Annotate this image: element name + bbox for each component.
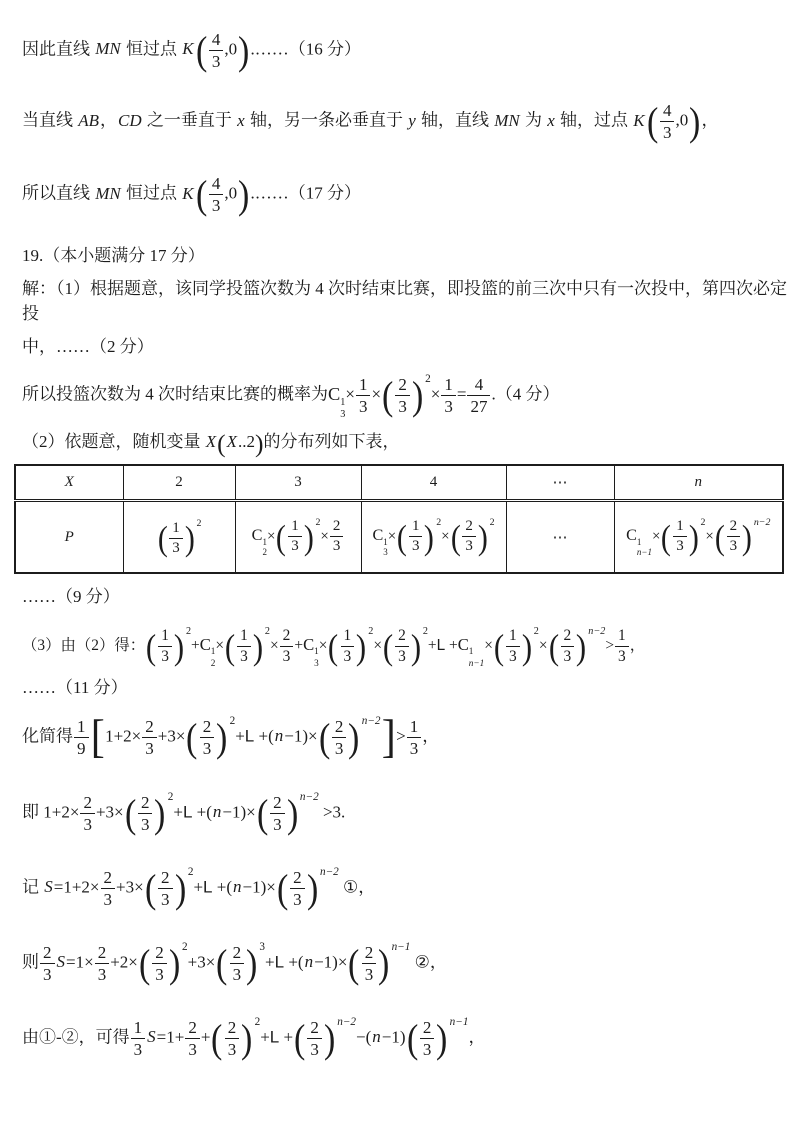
denominator: 3 <box>280 647 294 665</box>
math-text: × <box>388 528 396 544</box>
math-variable: X <box>205 432 217 451</box>
denominator: 3 <box>158 647 172 665</box>
paren-open-icon: ( <box>328 629 338 665</box>
denominator: 3 <box>332 738 347 758</box>
superscript: 2 <box>425 373 431 385</box>
numerator: 2 <box>185 1018 200 1039</box>
combination-symbol: C12 <box>252 526 267 558</box>
paren-open-icon: ( <box>348 944 359 984</box>
math-text: ,0 <box>224 184 237 203</box>
denominator: 3 <box>341 647 355 665</box>
math-variable: S <box>43 877 54 896</box>
math-text: 当直线 <box>22 111 77 130</box>
fraction: 13 <box>505 627 521 665</box>
numerator: 2 <box>200 717 215 738</box>
combination-letter: C <box>200 635 211 654</box>
denominator: 3 <box>362 964 377 984</box>
math-text: −1)× <box>284 726 317 745</box>
denominator: 3 <box>138 814 153 834</box>
table-cell-P: P <box>15 501 123 574</box>
numerator: 2 <box>280 627 294 646</box>
superscript: 2 <box>182 941 188 953</box>
paren-close-icon: ) <box>253 629 263 665</box>
math-text: 1+2× <box>105 726 141 745</box>
denominator: 3 <box>169 539 183 557</box>
numerator: 4 <box>209 30 224 51</box>
math-text: .……（17 分） <box>250 184 361 203</box>
math-text: × <box>320 528 328 544</box>
denominator: 3 <box>200 738 215 758</box>
fraction: 19 <box>73 717 90 758</box>
lower-index: 2 <box>211 658 216 669</box>
math-text: > <box>605 637 614 654</box>
numerator: 1 <box>356 375 371 396</box>
paren-open-icon: ( <box>383 629 393 665</box>
math-text: × <box>345 385 355 404</box>
math-text: =1+2× <box>54 877 100 896</box>
numerator: 2 <box>40 943 55 964</box>
math-variable: x <box>546 111 556 130</box>
denominator: 3 <box>80 814 95 834</box>
denominator: 3 <box>131 1039 146 1059</box>
upper-index: 1 <box>469 646 484 657</box>
math-variable: n <box>304 952 315 971</box>
math-text: 所以直线 <box>22 184 94 203</box>
paren-close-icon: ) <box>412 376 423 416</box>
conclusion-line-16pts: 因此直线 MN 恒过点 K(43,0).……（16 分） <box>22 16 788 85</box>
perpendicular-case-line: 当直线 AB，CD 之一垂直于 x 轴，另一条必垂直于 y 轴，直线 MN 为 … <box>22 87 788 156</box>
math-text: ， <box>422 726 439 745</box>
paren-close-icon: ) <box>356 629 366 665</box>
paren-close-icon: ) <box>411 629 421 665</box>
cdots-placeholder: L <box>275 952 284 971</box>
paren-open-icon: ( <box>715 520 725 555</box>
math-text: 即 1+2× <box>22 802 79 821</box>
paren-close-icon: ) <box>436 1019 447 1059</box>
math-text: ， <box>100 111 117 130</box>
fraction: 23 <box>560 627 576 665</box>
math-text: +3× <box>96 802 124 821</box>
combination-scripts: 1n−1 <box>637 537 652 559</box>
math-text: −1)× <box>314 952 347 971</box>
math-text: + <box>235 726 245 745</box>
numerator: 2 <box>362 943 377 964</box>
denominator: 3 <box>158 889 173 909</box>
part2-intro-line: （2）依题意，随机变量 X(X..2)的分布列如下表， <box>22 429 788 456</box>
math-text: =1+ <box>157 1027 185 1046</box>
math-text: ⋯ <box>553 530 568 546</box>
solution-part1-continued: 中，……（2 分） <box>22 334 788 360</box>
denominator: 3 <box>237 647 251 665</box>
numerator: 2 <box>225 1018 240 1039</box>
denominator: 3 <box>288 537 302 555</box>
lower-index: 3 <box>314 658 319 669</box>
fraction: 23 <box>157 868 174 909</box>
paren-open-icon: ( <box>319 718 330 758</box>
denominator: 3 <box>307 1039 322 1059</box>
math-variable: MN <box>94 39 122 58</box>
superscript: 2 <box>436 517 441 528</box>
math-text: 的分布列如下表， <box>264 432 400 451</box>
paren-close-icon: ) <box>154 794 165 834</box>
denominator: 3 <box>40 964 55 984</box>
paren-open-icon: ( <box>125 794 136 834</box>
conclusion-line-17pts: 所以直线 MN 恒过点 K(43,0).……（17 分） <box>22 160 788 229</box>
math-text: 4 <box>430 474 438 490</box>
math-text: +( <box>213 877 233 896</box>
cdots-placeholder: L <box>183 802 192 821</box>
numerator: 2 <box>158 868 173 889</box>
paren-close-icon: ) <box>378 944 389 984</box>
fraction: 43 <box>659 101 676 142</box>
table-cell-p4: C13×(13)2×(23)2 <box>361 501 506 574</box>
cdots-placeholder: L <box>270 1027 279 1046</box>
numerator: 1 <box>169 520 183 539</box>
math-text: ..2 <box>238 432 255 451</box>
paren-close-icon: ) <box>348 718 359 758</box>
paren-close-icon: ) <box>238 175 249 215</box>
score-11-line: ……（11 分） <box>22 675 788 701</box>
paren-close-icon: ) <box>576 629 586 665</box>
probability-formula-line: 所以投篮次数为 4 次时结束比赛的概率为C13×13×(23)2×13=427.… <box>22 359 788 429</box>
superscript: n−2 <box>588 626 605 637</box>
math-variable: AB <box>77 111 100 130</box>
math-text: ……（9 分） <box>22 587 120 606</box>
series-two-thirds-S-line: 则23S=1×23+2×(23)2+3×(23)3+L +(n−1)×(23)n… <box>22 927 788 998</box>
fraction: 13 <box>406 717 423 758</box>
math-text: −1)× <box>243 877 276 896</box>
math-text: （2）依题意，随机变量 <box>22 432 205 451</box>
superscript: n−2 <box>337 1016 356 1028</box>
fraction: 13 <box>340 627 356 665</box>
combination-letter: C <box>328 384 340 404</box>
numerator: 2 <box>307 1018 322 1039</box>
cdots-placeholder: L <box>245 726 254 745</box>
document-page: 因此直线 MN 恒过点 K(43,0).……（16 分） 当直线 AB，CD 之… <box>0 0 800 1140</box>
paren-open-icon: ( <box>294 1019 305 1059</box>
paren-open-icon: ( <box>157 521 167 556</box>
paren-close-icon: ) <box>287 794 298 834</box>
math-text: ,0 <box>675 111 688 130</box>
table-cell-p2: (13)2 <box>123 501 235 574</box>
denominator: 3 <box>142 738 157 758</box>
math-variable: S <box>56 952 67 971</box>
numerator: 2 <box>95 943 110 964</box>
math-text: 记 <box>22 877 43 896</box>
numerator: 1 <box>341 627 355 646</box>
paren-open-icon: ( <box>494 629 504 665</box>
denominator: 3 <box>673 537 687 555</box>
paren-close-icon: ) <box>478 520 488 555</box>
paren-close-icon: ) <box>175 869 186 909</box>
lower-index: n−1 <box>469 658 484 669</box>
fraction: 23 <box>79 793 96 834</box>
problem-19-header: 19.（本小题满分 17 分） <box>22 243 788 269</box>
series-subtraction-result-line: 由①-②，可得13S=1+23+(23)2+L +(23)n−2−(n−1)(2… <box>22 1002 788 1073</box>
math-text: +( <box>192 802 212 821</box>
denominator: 3 <box>95 964 110 984</box>
combination-symbol: C13 <box>328 384 345 422</box>
math-text: = <box>457 385 467 404</box>
bracket-close-icon: ] <box>381 714 395 761</box>
fraction: 23 <box>229 943 246 984</box>
fraction: 23 <box>394 375 411 416</box>
denominator: 3 <box>727 537 741 555</box>
numerator: 4 <box>467 375 490 396</box>
math-text: ⋯ <box>553 475 568 491</box>
math-text: >3. <box>319 802 346 821</box>
table-header-n: n <box>614 465 783 501</box>
series-S-definition-line: 记 S=1+2×23+3×(23)2+L +(n−1)×(23)n−2 ①， <box>22 852 788 923</box>
math-text: × <box>267 528 275 544</box>
math-text: 由①-②，可得 <box>22 1027 130 1046</box>
math-text: 2 <box>175 474 183 490</box>
numerator: 4 <box>660 101 675 122</box>
combination-symbol: C1n−1 <box>626 526 652 558</box>
lower-index: 2 <box>262 547 267 558</box>
paren-close-icon: ) <box>689 520 699 555</box>
combination-symbol: C13 <box>303 636 319 669</box>
math-variable: MN <box>493 111 521 130</box>
numerator: 2 <box>420 1018 435 1039</box>
fraction: 13 <box>130 1018 147 1059</box>
fraction: 13 <box>672 518 688 555</box>
math-text: =1× <box>66 952 94 971</box>
denominator: 3 <box>330 537 344 555</box>
math-variable: n <box>212 802 223 821</box>
fraction: 23 <box>199 717 216 758</box>
table-header-3: 3 <box>235 465 361 501</box>
math-text: + <box>445 637 458 654</box>
math-variable: P <box>64 529 75 545</box>
math-text: × <box>319 637 328 654</box>
math-text: + <box>265 952 275 971</box>
paren-close-icon: ) <box>246 944 257 984</box>
cdots-placeholder: L <box>203 877 212 896</box>
math-variable: CD <box>117 111 143 130</box>
part3-inequality-line: （3）由（2）得：(13)2+C12×(13)2×23+C13×(13)2×(2… <box>22 612 788 675</box>
denominator: 27 <box>467 396 490 416</box>
numerator: 2 <box>270 793 285 814</box>
math-text: 之一垂直于 <box>143 111 237 130</box>
numerator: 2 <box>152 943 167 964</box>
numerator: 1 <box>441 375 456 396</box>
superscript: 2 <box>368 626 373 637</box>
numerator: 2 <box>80 793 95 814</box>
fraction: 23 <box>151 943 168 984</box>
numerator: 2 <box>727 518 741 537</box>
superscript: n−2 <box>754 517 771 528</box>
paren-open-icon: ( <box>217 431 226 457</box>
paren-close-icon: ) <box>522 629 532 665</box>
fraction: 23 <box>331 717 348 758</box>
math-text: × <box>652 528 660 544</box>
math-text: × <box>705 528 713 544</box>
superscript: n−1 <box>392 941 411 953</box>
fraction: 23 <box>224 1018 241 1059</box>
math-variable: n <box>232 877 243 896</box>
paren-close-icon: ) <box>742 520 752 555</box>
fraction: 23 <box>269 793 286 834</box>
math-text: ， <box>630 637 645 654</box>
paren-close-icon: ) <box>689 102 700 142</box>
superscript: 2 <box>186 626 191 637</box>
math-text: 化简得 <box>22 726 73 745</box>
fraction: 23 <box>137 793 154 834</box>
math-text: +2× <box>110 952 138 971</box>
denominator: 3 <box>462 537 476 555</box>
math-text: .（4 分） <box>491 385 559 404</box>
math-text: 19.（本小题满分 17 分） <box>22 246 205 265</box>
numerator: 1 <box>409 518 423 537</box>
fraction: 13 <box>236 627 252 665</box>
paren-open-icon: ( <box>196 31 207 71</box>
fraction: 43 <box>208 174 225 215</box>
table-header-X: X <box>15 465 123 501</box>
fraction: 23 <box>39 943 56 984</box>
combination-symbol: C12 <box>200 636 216 669</box>
lower-index: n−1 <box>637 547 652 558</box>
math-text: + <box>279 1027 293 1046</box>
math-text: −1)× <box>222 802 255 821</box>
math-text: 3 <box>294 474 302 490</box>
table-cell-pn: C1n−1×(13)2×(23)n−2 <box>614 501 783 574</box>
math-text: +( <box>284 952 304 971</box>
paren-open-icon: ( <box>211 1019 222 1059</box>
denominator: 3 <box>101 889 116 909</box>
denominator: 3 <box>395 647 409 665</box>
math-text: + <box>191 637 200 654</box>
paren-close-icon: ) <box>307 869 318 909</box>
combination-letter: C <box>252 526 263 544</box>
math-text: > <box>396 726 406 745</box>
math-variable: K <box>181 184 194 203</box>
combination-letter: C <box>626 526 637 544</box>
fraction: 23 <box>100 868 117 909</box>
numerator: 1 <box>158 627 172 646</box>
bracket-open-icon: [ <box>90 714 104 761</box>
math-text: 中，……（2 分） <box>22 337 154 356</box>
numerator: 2 <box>101 868 116 889</box>
math-text: × <box>441 528 449 544</box>
denominator: 3 <box>152 964 167 984</box>
math-text: 为 <box>521 111 547 130</box>
superscript: 2 <box>197 518 202 529</box>
math-variable: K <box>632 111 645 130</box>
numerator: 4 <box>209 174 224 195</box>
fraction: 13 <box>168 520 184 557</box>
math-variable: x <box>236 111 246 130</box>
fraction: 13 <box>440 375 457 416</box>
combination-symbol: C1n−1 <box>458 636 485 669</box>
table-header-2: 2 <box>123 465 235 501</box>
paren-open-icon: ( <box>661 520 671 555</box>
numerator: 2 <box>395 375 410 396</box>
fraction: 23 <box>419 1018 436 1059</box>
math-text: + <box>428 637 437 654</box>
math-variable: X <box>64 474 75 490</box>
combination-letter: C <box>458 635 469 654</box>
math-text: 轴，直线 <box>417 111 494 130</box>
math-text: ……（11 分） <box>22 678 128 697</box>
table-cell-p3: C12×(13)2×23 <box>235 501 361 574</box>
math-text: ， <box>702 111 719 130</box>
denominator: 3 <box>230 964 245 984</box>
paren-close-icon: ) <box>169 944 180 984</box>
math-text: ②， <box>410 952 447 971</box>
math-text: −( <box>356 1027 371 1046</box>
fraction: 23 <box>394 627 410 665</box>
fraction: 13 <box>614 627 630 665</box>
solution-part1-text: 解：（1）根据题意，该同学投篮次数为 4 次时结束比赛，即投篮的前三次中只有一次… <box>22 276 788 327</box>
paren-close-icon: ) <box>255 431 264 457</box>
superscript: n−2 <box>320 866 339 878</box>
paren-open-icon: ( <box>548 629 558 665</box>
math-text: （3）由（2）得： <box>22 637 145 654</box>
math-text: ， <box>468 1027 485 1046</box>
math-text: × <box>431 385 441 404</box>
numerator: 2 <box>462 518 476 537</box>
upper-index: 1 <box>637 537 652 548</box>
fraction: 427 <box>466 375 491 416</box>
combination-letter: C <box>372 526 383 544</box>
denominator: 3 <box>225 1039 240 1059</box>
numerator: 2 <box>561 627 575 646</box>
score-9-line: ……（9 分） <box>22 584 788 610</box>
math-text: × <box>373 637 382 654</box>
math-text: +3× <box>116 877 144 896</box>
math-variable: n <box>371 1027 382 1046</box>
paren-close-icon: ) <box>324 1019 335 1059</box>
paren-open-icon: ( <box>196 175 207 215</box>
fraction: 23 <box>279 627 295 665</box>
paren-open-icon: ( <box>146 629 156 665</box>
math-text: 轴，另一条必垂直于 <box>246 111 408 130</box>
fraction: 23 <box>361 943 378 984</box>
math-text: +3× <box>188 952 216 971</box>
fraction: 23 <box>306 1018 323 1059</box>
paren-open-icon: ( <box>216 944 227 984</box>
distribution-table: X 2 3 4 ⋯ n P (13)2 C12×(13)2×23 C13×(13… <box>14 464 784 574</box>
paren-open-icon: ( <box>397 520 407 555</box>
numerator: 2 <box>230 943 245 964</box>
superscript: n−1 <box>450 1016 469 1028</box>
paren-open-icon: ( <box>225 629 235 665</box>
table-probability-row: P (13)2 C12×(13)2×23 C13×(13)2×(23)2 ⋯ C… <box>15 501 783 574</box>
paren-close-icon: ) <box>424 520 434 555</box>
math-text: × <box>539 637 548 654</box>
paren-close-icon: ) <box>241 1019 252 1059</box>
lower-index: 3 <box>383 547 388 558</box>
numerator: 1 <box>506 627 520 646</box>
numerator: 2 <box>138 793 153 814</box>
math-text: −1) <box>382 1027 406 1046</box>
table-cell-dots: ⋯ <box>506 501 614 574</box>
numerator: 2 <box>290 868 305 889</box>
math-text: 恒过点 <box>122 39 182 58</box>
combination-scripts: 1n−1 <box>469 646 484 668</box>
math-text: 因此直线 <box>22 39 94 58</box>
paren-open-icon: ( <box>647 102 658 142</box>
denominator: 3 <box>209 51 224 71</box>
simplified-inequality-line: 化简得19[1+2×23+3×(23)2+L +(n−1)×(23)n−2]>1… <box>22 700 788 775</box>
math-text: + <box>193 877 203 896</box>
math-text: × <box>215 637 224 654</box>
math-text: + <box>173 802 183 821</box>
denominator: 3 <box>506 647 520 665</box>
denominator: 3 <box>356 396 371 416</box>
lower-index: 3 <box>340 409 345 421</box>
